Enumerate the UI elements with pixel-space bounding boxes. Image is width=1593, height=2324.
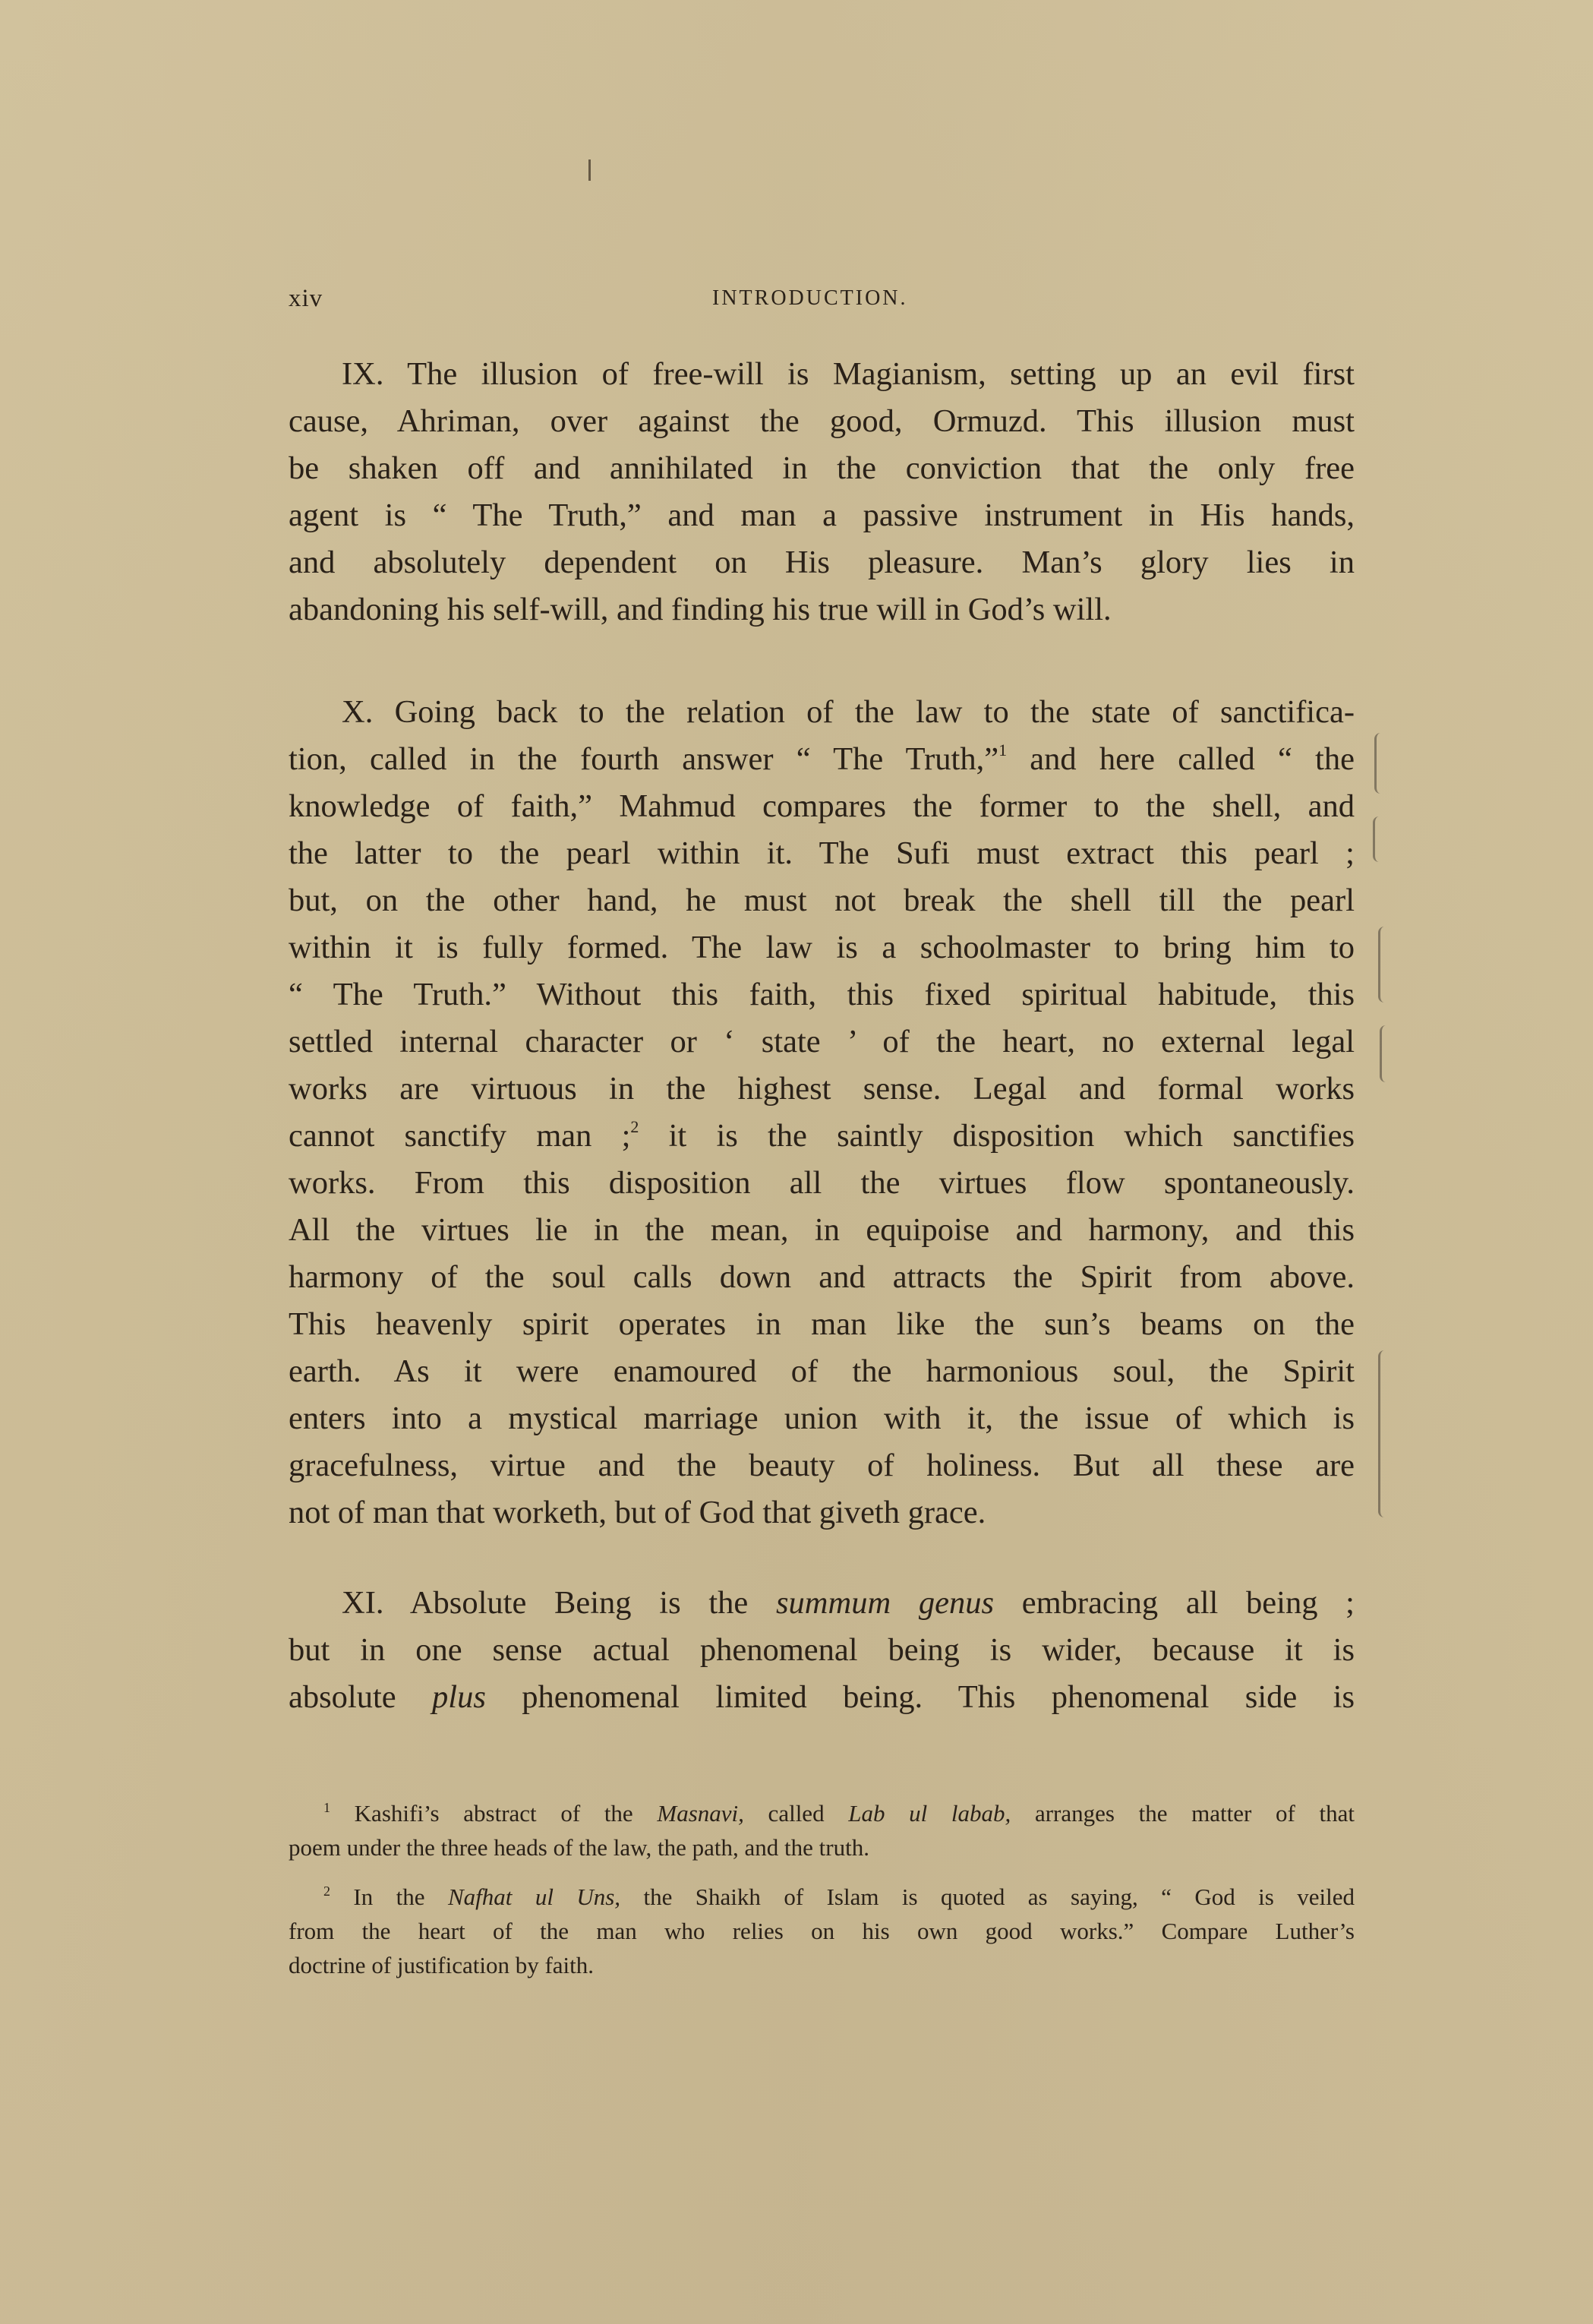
text-segment: embracing all being ;: [994, 1585, 1355, 1621]
page-number: xiv: [289, 285, 323, 313]
text-line: harmony of the soul calls down and attra…: [289, 1254, 1355, 1301]
footnote-ref-2[interactable]: 2: [630, 1117, 639, 1136]
footnote-marker: 2: [323, 1884, 330, 1899]
pencil-margin-mark: [1374, 733, 1384, 794]
text-line: IX. The illusion of free-will is Magiani…: [289, 351, 1355, 398]
text-line: settled internal character or ‘ state ’ …: [289, 1018, 1355, 1066]
footnote-line: 2 In the Nafhat ul Uns, the Shaikh of Is…: [289, 1880, 1355, 1914]
text-line: This heavenly spirit operates in man lik…: [289, 1301, 1355, 1348]
italic-title: Masnavi,: [657, 1800, 744, 1827]
text-line: X. Going back to the relation of the law…: [289, 689, 1355, 736]
text-segment: and here called “ the: [1007, 741, 1355, 777]
italic-title: Nafhat ul Uns,: [448, 1884, 620, 1910]
paragraph-xi: XI. Absolute Being is the summum genus e…: [289, 1580, 1355, 1721]
italic-term: plus: [432, 1679, 486, 1715]
pencil-margin-mark: [1378, 927, 1388, 1003]
footnote-1: 1 Kashifi’s abstract of the Masnavi, cal…: [289, 1796, 1355, 1865]
footnote-2: 2 In the Nafhat ul Uns, the Shaikh of Is…: [289, 1880, 1355, 1982]
text-segment: phenomenal limited being. This phenomena…: [486, 1679, 1355, 1715]
text-segment: called: [744, 1800, 848, 1827]
paragraph-x: X. Going back to the relation of the law…: [289, 689, 1355, 1536]
footnote-line: doctrine of justification by faith.: [289, 1948, 1355, 1982]
pencil-margin-mark: [1373, 816, 1383, 862]
footnote-line: poem under the three heads of the law, t…: [289, 1830, 1355, 1865]
text-segment: absolute: [289, 1679, 432, 1715]
italic-term: summum genus: [776, 1585, 994, 1621]
book-page: xiv INTRODUCTION. IX. The illusion of fr…: [0, 0, 1593, 2324]
paragraph-ix: IX. The illusion of free-will is Magiani…: [289, 351, 1355, 633]
footnote-line: from the heart of the man who relies on …: [289, 1914, 1355, 1948]
text-line: absolute plus phenomenal limited being. …: [289, 1674, 1355, 1721]
text-segment: cannot sanctify man ;: [289, 1118, 630, 1154]
text-line: XI. Absolute Being is the summum genus e…: [289, 1580, 1355, 1627]
text-line: abandoning his self-will, and finding hi…: [289, 586, 1355, 633]
text-line: tion, called in the fourth answer “ The …: [289, 736, 1355, 783]
text-segment: the Shaikh of Islam is quoted as saying,…: [620, 1884, 1355, 1910]
pencil-margin-mark: [1380, 1025, 1390, 1082]
italic-title: Lab ul labab,: [848, 1800, 1011, 1827]
footnote-ref-1[interactable]: 1: [998, 740, 1007, 759]
text-segment: arranges the matter of that: [1011, 1800, 1355, 1827]
text-line: but in one sense actual phenomenal being…: [289, 1627, 1355, 1674]
scan-speck: [588, 159, 591, 181]
text-segment: In the: [330, 1884, 448, 1910]
footnote-line: 1 Kashifi’s abstract of the Masnavi, cal…: [289, 1796, 1355, 1830]
text-line: gracefulness, virtue and the beauty of h…: [289, 1442, 1355, 1489]
footnote-marker: 1: [323, 1800, 330, 1815]
text-line: knowledge of faith,” Mahmud compares the…: [289, 783, 1355, 830]
text-line: All the virtues lie in the mean, in equi…: [289, 1207, 1355, 1254]
text-line: not of man that worketh, but of God that…: [289, 1489, 1355, 1536]
text-line: enters into a mystical marriage union wi…: [289, 1395, 1355, 1442]
text-line: works. From this disposition all the vir…: [289, 1160, 1355, 1207]
text-line: and absolutely dependent on His pleasure…: [289, 539, 1355, 586]
text-segment: Kashifi’s abstract of the: [330, 1800, 657, 1827]
text-line: agent is “ The Truth,” and man a passive…: [289, 492, 1355, 539]
text-line: the latter to the pearl within it. The S…: [289, 830, 1355, 877]
text-segment: it is the saintly disposition which sanc…: [639, 1118, 1355, 1154]
running-head: xiv INTRODUCTION.: [289, 285, 1352, 323]
pencil-margin-mark: [1378, 1350, 1388, 1517]
text-line: cause, Ahriman, over against the good, O…: [289, 398, 1355, 445]
text-segment: XI. Absolute Being is the: [342, 1585, 776, 1621]
footnotes: 1 Kashifi’s abstract of the Masnavi, cal…: [289, 1796, 1355, 1997]
text-line: earth. As it were enamoured of the harmo…: [289, 1348, 1355, 1395]
text-line: “ The Truth.” Without this faith, this f…: [289, 971, 1355, 1018]
text-line: works are virtuous in the highest sense.…: [289, 1066, 1355, 1113]
text-line: but, on the other hand, he must not brea…: [289, 877, 1355, 924]
running-head-title: INTRODUCTION.: [712, 286, 908, 311]
text-line: be shaken off and annihilated in the con…: [289, 445, 1355, 492]
text-line: within it is fully formed. The law is a …: [289, 924, 1355, 971]
text-line: cannot sanctify man ;2 it is the saintly…: [289, 1113, 1355, 1160]
text-segment: tion, called in the fourth answer “ The …: [289, 741, 998, 777]
